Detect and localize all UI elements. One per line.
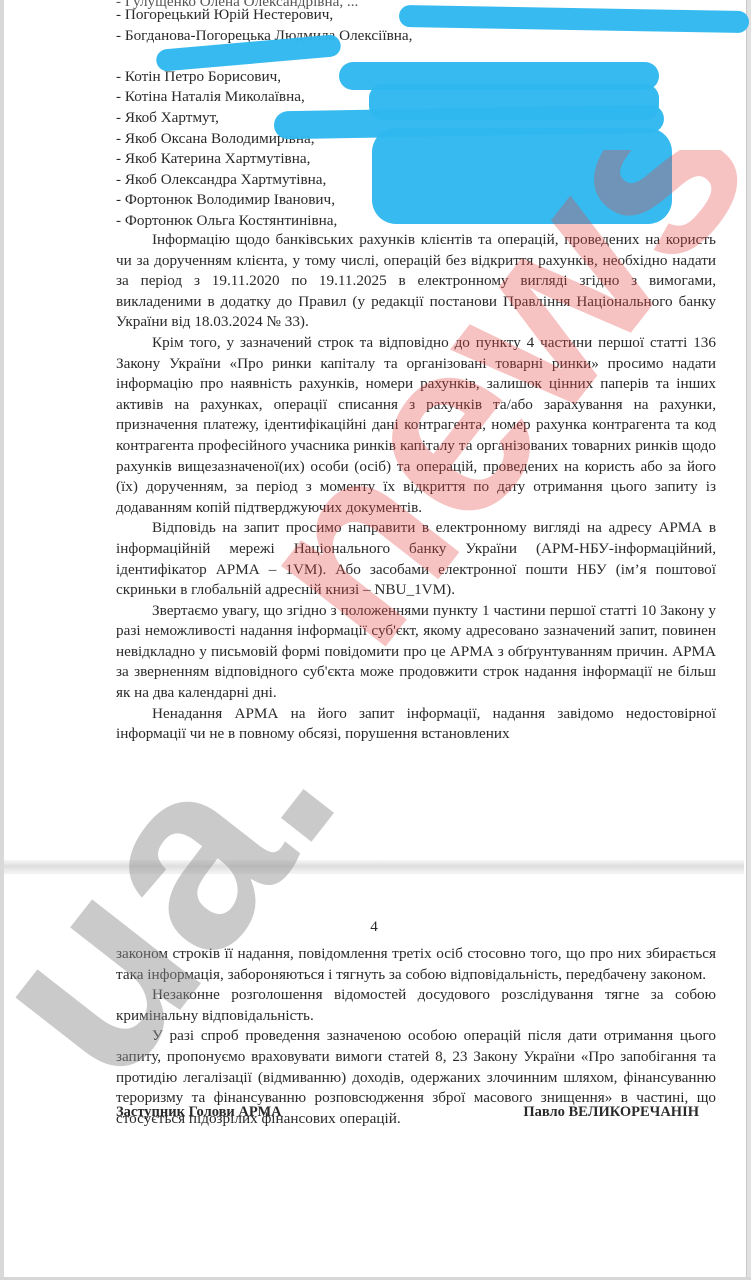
scrollbar-track[interactable] bbox=[746, 0, 751, 1280]
page-separator bbox=[4, 860, 744, 874]
paragraph-response-address: Відповідь на запит просимо направити в е… bbox=[116, 518, 716, 600]
document-page-4: 4 законом строків її надання, повідомлен… bbox=[4, 874, 744, 1277]
paragraph-disclosure: Незаконне розголошення відомостей досудо… bbox=[116, 985, 716, 1026]
paragraph-capital-markets: Крім того, у зазначений строк та відпові… bbox=[116, 333, 716, 518]
paragraph-bank-accounts: Інформацію щодо банківських рахунків клі… bbox=[116, 230, 716, 333]
signature-name: Павло ВЕЛИКОРЕЧАНІН bbox=[523, 1104, 699, 1121]
paragraph-attention: Звертаємо увагу, що згідно з положеннями… bbox=[116, 601, 716, 704]
page-number: 4 bbox=[4, 918, 744, 936]
body-text: законом строків її надання, повідомлення… bbox=[116, 944, 716, 1129]
redaction-mark bbox=[372, 128, 672, 224]
signature-title: Заступник Голови АРМА bbox=[116, 1104, 282, 1121]
body-text: Інформацію щодо банківських рахунків клі… bbox=[116, 230, 716, 745]
paragraph-continuation: законом строків її надання, повідомлення… bbox=[116, 944, 716, 985]
paragraph-non-provision: Ненадання АРМА на його запит інформації,… bbox=[116, 704, 716, 745]
document-page-3: - Гулущенко Олена Олександрівна, ... - П… bbox=[4, 0, 744, 860]
